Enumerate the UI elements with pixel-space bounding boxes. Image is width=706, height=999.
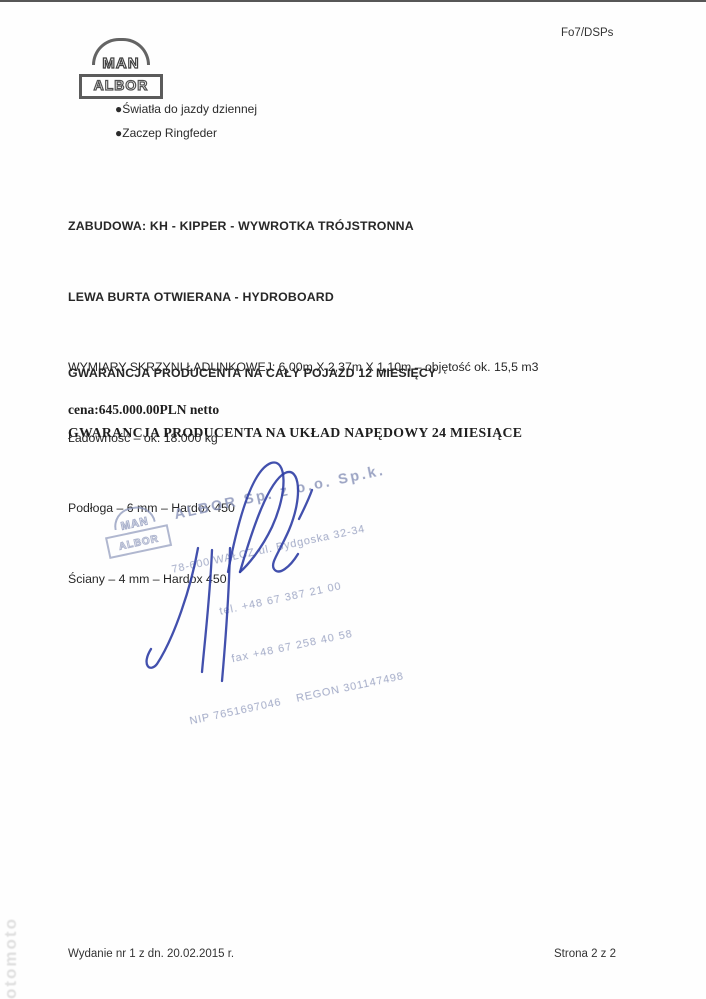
signature-stroke xyxy=(202,550,212,672)
signature-stroke xyxy=(147,548,198,668)
albor-logo-box: ALBOR xyxy=(79,74,163,99)
watermark: otomoto xyxy=(1,917,21,999)
bullet-item: ●Światła do jazdy dziennej xyxy=(115,102,257,126)
albor-logo-text: ALBOR xyxy=(94,77,149,93)
bullet-label: Zaczep Ringfeder xyxy=(122,126,217,140)
price-line: cena:645.000.00PLN netto xyxy=(68,402,219,418)
warranty-line-drivetrain: GWARANCJA PRODUCENTA NA UKŁAD NAPĘDOWY 2… xyxy=(68,425,522,441)
man-logo-arc-icon xyxy=(92,38,150,65)
handwritten-signature xyxy=(128,450,328,685)
bullet-label: Światła do jazdy dziennej xyxy=(122,102,257,116)
signature-stroke xyxy=(299,490,312,519)
warranty-line-vehicle: GWARANCJA PRODUCENTA NA CAŁY POJAZD 12 M… xyxy=(68,366,522,380)
footer-edition: Wydanie nr 1 z dn. 20.02.2015 r. xyxy=(68,948,234,960)
scan-artifact-line xyxy=(0,0,706,2)
spec-line-burta: LEWA BURTA OTWIERANA - HYDROBOARD xyxy=(68,286,538,310)
spec-line-zabudowa: ZABUDOWA: KH - KIPPER - WYWROTKA TRÓJSTR… xyxy=(68,215,538,239)
man-albor-logo: MAN ALBOR xyxy=(79,38,163,99)
bullet-item: ●Zaczep Ringfeder xyxy=(115,126,257,150)
form-code: Fo7/DSPs xyxy=(561,27,613,39)
signature-stroke xyxy=(240,472,298,572)
footer-page-number: Strona 2 z 2 xyxy=(554,948,616,960)
equipment-bullet-list: ●Światła do jazdy dziennej ●Zaczep Ringf… xyxy=(115,102,257,150)
document-page: Fo7/DSPs MAN ALBOR ●Światła do jazdy dzi… xyxy=(0,0,706,999)
